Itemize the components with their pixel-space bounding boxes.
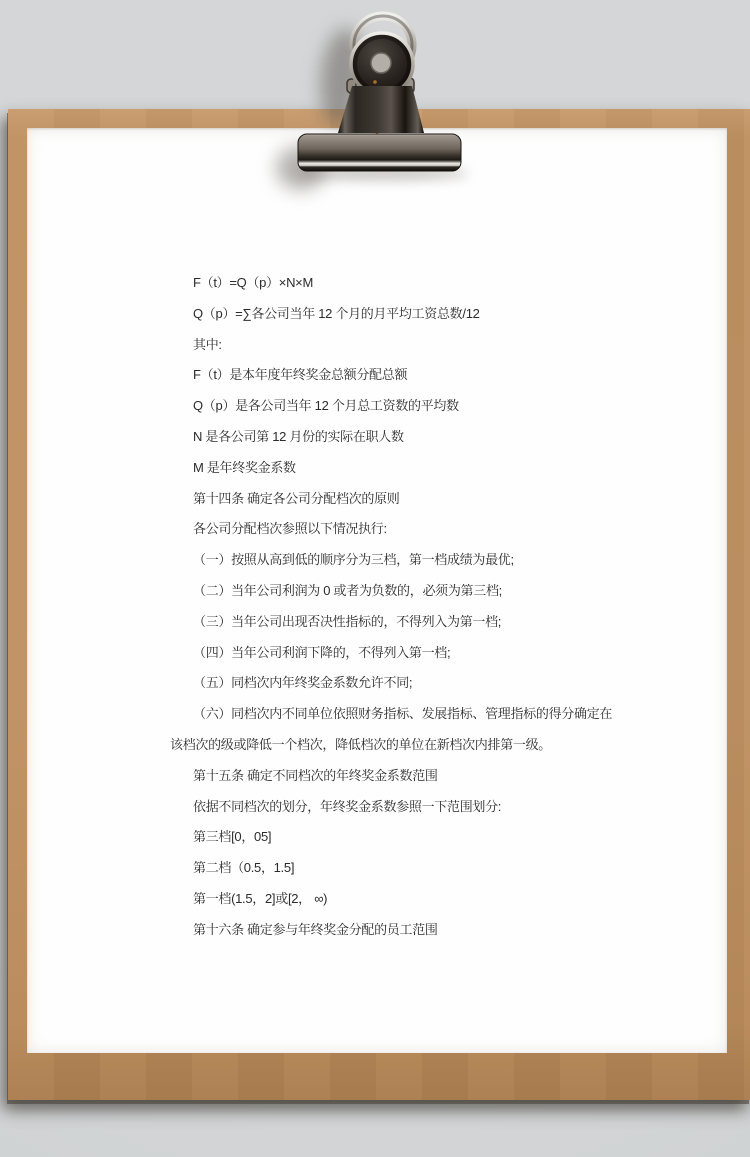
doc-line: F（t）=Q（p）×N×M [170,268,745,299]
doc-line: Q（p）是各公司当年 12 个月总工资数的平均数 [170,391,745,422]
document-page: F（t）=Q（p）×N×M Q（p）=∑各公司当年 12 个月的月平均工资总数/… [27,128,727,1053]
clip-glint-upper [373,80,377,84]
doc-line: 各公司分配档次参照以下情况执行: [170,514,745,545]
doc-line: （五）同档次内年终奖金系数允许不同; [170,668,745,699]
photo-scene: F（t）=Q（p）×N×M Q（p）=∑各公司当年 12 个月的月平均工资总数/… [0,0,750,1157]
doc-line: 第三档[0，05] [170,822,745,853]
doc-line: F（t）是本年度年终奖金总额分配总额 [170,360,745,391]
doc-line: 第十四条 确定各公司分配档次的原则 [170,484,745,515]
doc-line: （一）按照从高到低的顺序分为三档，第一档成绩为最优; [170,545,745,576]
doc-line: 第二档（0.5，1.5] [170,853,745,884]
doc-line: 第一档(1.5，2]或[2， ∞) [170,884,745,915]
doc-line: 依据不同档次的划分，年终奖金系数参照一下范围划分: [170,792,745,823]
doc-line: N 是各公司第 12 月份的实际在职人数 [170,422,745,453]
clip-ring-hole [371,53,391,73]
doc-line: 其中: [170,330,745,361]
doc-line: （四）当年公司利润下降的，不得列入第一档; [170,638,745,669]
doc-line: M 是年终奖金系数 [170,453,745,484]
clip-lever-body [338,86,424,133]
binder-clip [270,8,480,180]
doc-line: 该档次的级或降低一个档次，降低档次的单位在新档次内排第一级。 [170,730,745,761]
doc-line: Q（p）=∑各公司当年 12 个月的月平均工资总数/12 [170,299,745,330]
doc-line: 第十六条 确定参与年终奖金分配的员工范围 [170,915,745,946]
clip-jaw-bar [298,134,461,171]
doc-line: （六）同档次内不同单位依照财务指标、发展指标、管理指标的得分确定在 [170,699,745,730]
doc-line: （三）当年公司出现否决性指标的，不得列入为第一档; [170,607,745,638]
doc-line: （二）当年公司利润为 0 或者为负数的，必须为第三档; [170,576,745,607]
document-text: F（t）=Q（p）×N×M Q（p）=∑各公司当年 12 个月的月平均工资总数/… [170,268,745,946]
doc-line: 第十五条 确定不同档次的年终奖金系数范围 [170,761,745,792]
